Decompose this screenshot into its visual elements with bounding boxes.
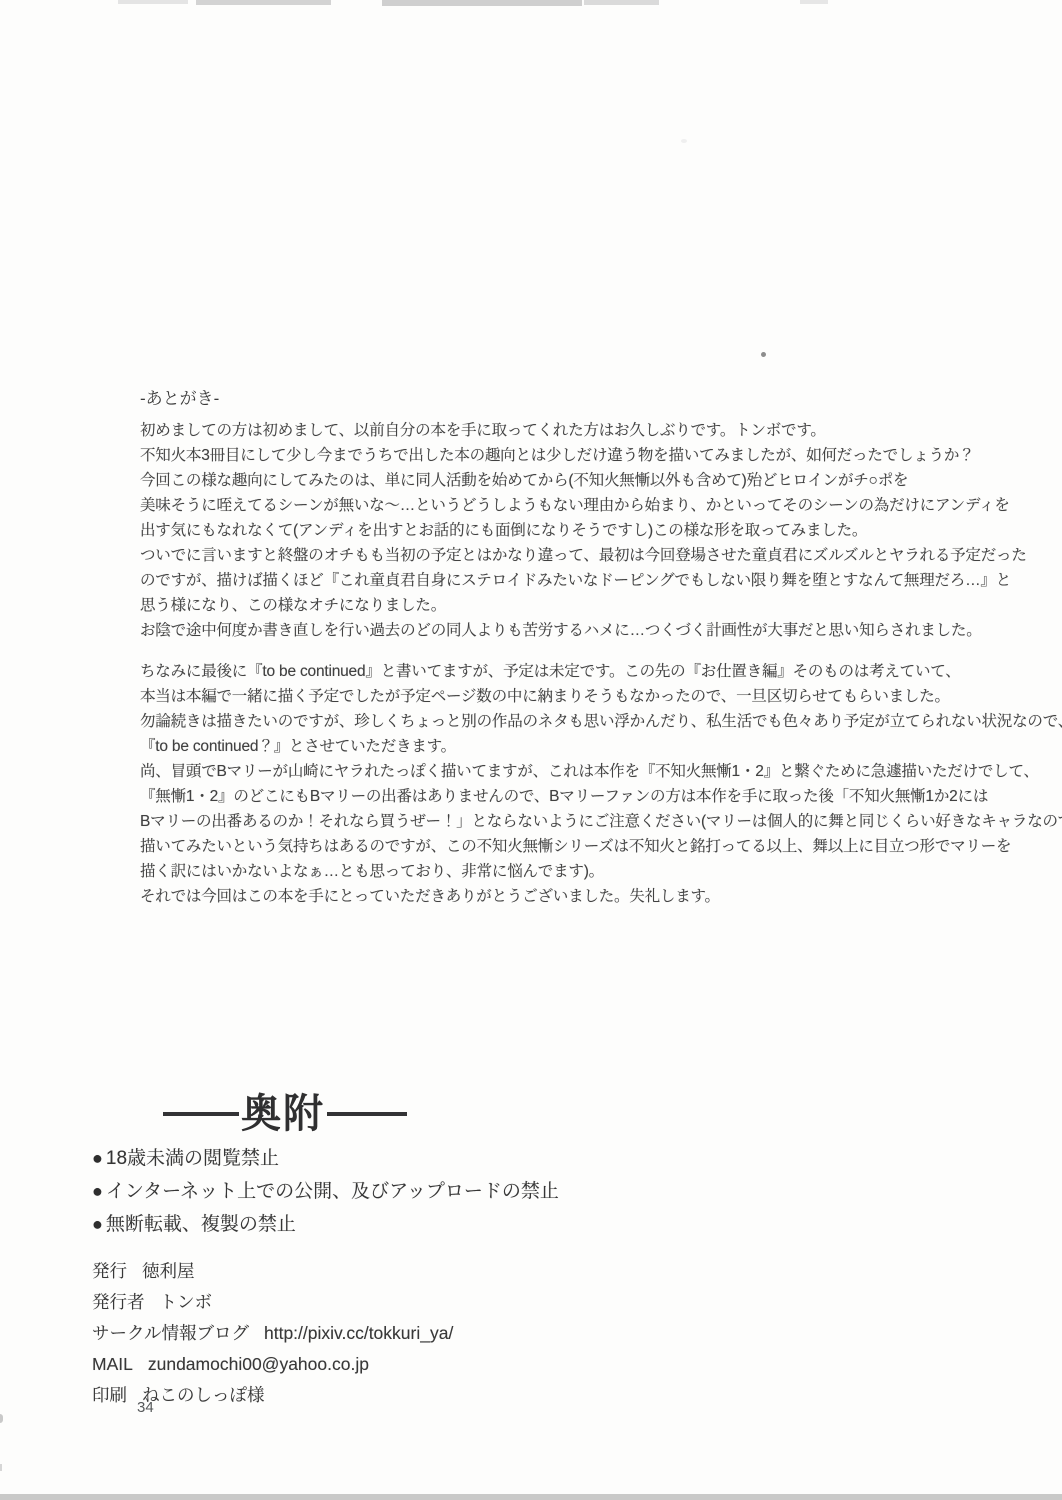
credit-label: 発行 (92, 1261, 127, 1281)
credit-publisher: 発行徳利屋 (92, 1256, 453, 1287)
heading-dash-right (327, 1112, 407, 1116)
scan-bottom-edge (0, 1494, 1062, 1500)
afterword-line: ついでに言いますと終盤のオチもも当初の予定とはかなり違って、最初は今回登場させた… (140, 543, 950, 568)
page-number: 34 (137, 1399, 154, 1416)
scan-artifact (382, 0, 582, 6)
notice-item: ● 無断転載、複製の禁止 (92, 1208, 559, 1241)
colophon-credits: 発行徳利屋 発行者トンボ サークル情報ブログhttp://pixiv.cc/to… (92, 1256, 453, 1411)
credit-value: 徳利屋 (142, 1261, 195, 1281)
afterword-line: それでは今回はこの本を手にとっていただきありがとうございました。失礼します。 (140, 884, 950, 909)
credit-circle-blog: サークル情報ブログhttp://pixiv.cc/tokkuri_ya/ (92, 1318, 453, 1349)
notice-item: ● 18歳未満の閲覧禁止 (92, 1142, 559, 1175)
scan-edge-mark (0, 1414, 3, 1423)
afterword-line: Bマリーの出番あるのか！それなら買うぜー！」とならないようにご注意ください(マリ… (140, 809, 950, 834)
notice-text: 無断転載、複製の禁止 (106, 1208, 296, 1241)
credit-value: ねこのしっぽ様 (142, 1385, 265, 1405)
credit-mail: MAILzundamochi00@yahoo.co.jp (92, 1349, 453, 1380)
credit-label: 発行者 (92, 1292, 145, 1312)
afterword-line: 初めましての方は初めまして、以前自分の本を手に取ってくれた方はお久しぶりです。ト… (140, 418, 950, 443)
afterword-section: -あとがき- 初めましての方は初めまして、以前自分の本を手に取ってくれた方はお久… (140, 389, 950, 909)
afterword-line: のですが、描けば描くほど『これ童貞君自身にステロイドみたいなドーピングでもしない… (140, 568, 950, 593)
afterword-line: 尚、冒頭でBマリーが山崎にヤラれたっぽく描いてますが、これは本作を『不知火無慚1… (140, 759, 950, 784)
bullet-icon: ● (92, 1175, 103, 1208)
credit-author: 発行者トンボ (92, 1287, 453, 1318)
colophon-heading-text: 奥附 (241, 1092, 325, 1136)
afterword-line: 本当は本編で一緒に描く予定でしたが予定ページ数の中に納まりそうもなかったので、一… (140, 684, 950, 709)
heading-dash-left (163, 1112, 239, 1116)
afterword-line: 描いてみたいという気持ちはあるのですが、この不知火無慚シリーズは不知火と銘打って… (140, 834, 950, 859)
notice-item: ● インターネット上での公開、及びアップロードの禁止 (92, 1175, 559, 1208)
afterword-line: ちなみに最後に『to be continued』と書いてますが、予定は未定です。… (140, 659, 950, 684)
paragraph-gap (140, 643, 950, 659)
afterword-line: 勿論続きは描きたいのですが、珍しくちょっと別の作品のネタも思い浮かんだり、私生活… (140, 709, 950, 734)
afterword-line: 『to be continued？』とさせていただきます。 (140, 734, 950, 759)
scan-artifact (584, 0, 659, 5)
afterword-line: 描く訳にはいかないよなぁ…とも思っており、非常に悩んでます)。 (140, 859, 950, 884)
notice-text: インターネット上での公開、及びアップロードの禁止 (106, 1175, 559, 1208)
scan-edge-mark (0, 1464, 2, 1471)
notice-text: 18歳未満の閲覧禁止 (106, 1142, 279, 1175)
afterword-line: 美味そうに咥えてるシーンが無いな～…というどうしようもない理由から始まり、かとい… (140, 493, 950, 518)
bullet-icon: ● (92, 1208, 103, 1241)
afterword-line: 今回この様な趣向にしてみたのは、単に同人活動を始めてから(不知火無慚以外も含めて… (140, 468, 950, 493)
scan-speck (681, 139, 687, 143)
afterword-line: お陰で途中何度か書き直しを行い過去のどの同人よりも苦労するハメに…つくづく計画性… (140, 618, 950, 643)
afterword-line: 出す気にもなれなくて(アンディを出すとお話的にも面倒になりそうですし)この様な形… (140, 518, 950, 543)
scan-artifact (196, 0, 331, 5)
credit-value: トンボ (160, 1292, 213, 1312)
credit-label: 印刷 (92, 1385, 127, 1405)
bullet-icon: ● (92, 1142, 103, 1175)
afterword-line: 思う様になり、この様なオチになりました。 (140, 593, 950, 618)
credit-label: MAIL (92, 1354, 133, 1374)
credit-label: サークル情報ブログ (92, 1323, 249, 1343)
scan-artifact (118, 0, 188, 4)
scanned-doujin-page: -あとがき- 初めましての方は初めまして、以前自分の本を手に取ってくれた方はお久… (0, 0, 1062, 1500)
afterword-line: 『無慚1・2』のどこにもBマリーの出番はありませんので、Bマリーファンの方は本作… (140, 784, 950, 809)
scan-speck (761, 352, 766, 357)
colophon-notices: ● 18歳未満の閲覧禁止 ● インターネット上での公開、及びアップロードの禁止 … (92, 1142, 559, 1241)
afterword-line: 不知火本3冊目にして少し今までうちで出した本の趣向とは少しだけ違う物を描いてみま… (140, 443, 950, 468)
afterword-title: -あとがき- (140, 389, 950, 409)
credit-value: http://pixiv.cc/tokkuri_ya/ (264, 1323, 453, 1343)
scan-artifact (800, 0, 828, 4)
colophon-heading: 奥附 (163, 1092, 407, 1136)
credit-value: zundamochi00@yahoo.co.jp (148, 1354, 369, 1374)
